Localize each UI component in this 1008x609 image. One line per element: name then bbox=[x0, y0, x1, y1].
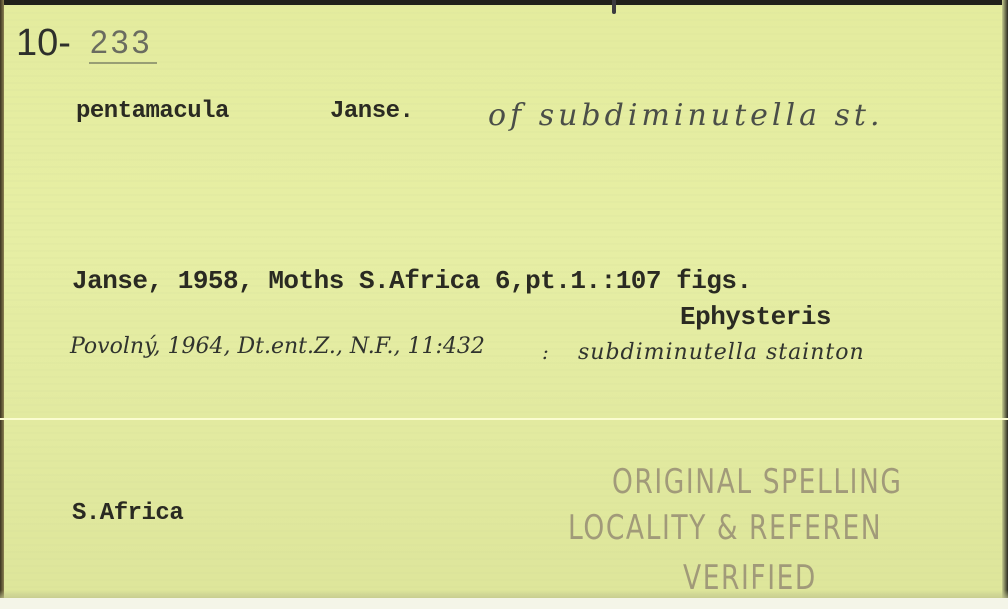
index-card: 10- 233 pentamacula Janse. of subdiminut… bbox=[0, 0, 1008, 609]
card-right-edge bbox=[1002, 0, 1008, 609]
catalog-number-prefix: 10- bbox=[16, 22, 71, 65]
stamp-line-locality-reference: LOCALITY & REFEREN bbox=[568, 508, 882, 548]
locality: S.Africa bbox=[72, 500, 183, 527]
reference-citation: Janse, 1958, Moths S.Africa 6,pt.1.:107 … bbox=[72, 266, 752, 296]
genus-name: Ephysteris bbox=[680, 302, 831, 332]
stamp-line-original-spelling: ORIGINAL SPELLING bbox=[612, 462, 903, 502]
top-pencil-mark bbox=[612, 0, 616, 14]
catalog-number-suffix: 233 bbox=[90, 24, 152, 61]
card-top-edge bbox=[0, 0, 1008, 5]
card-left-edge bbox=[0, 0, 4, 609]
species-name: pentamacula bbox=[76, 98, 229, 125]
card-bottom-edge bbox=[0, 598, 1008, 609]
handwritten-separator: : bbox=[542, 340, 549, 364]
card-bottom-shadow bbox=[0, 590, 1008, 598]
handwritten-reference: Povolný, 1964, Dt.ent.Z., N.F., 11:432 bbox=[70, 334, 485, 359]
catalog-number-underline bbox=[89, 62, 157, 64]
synonym-note: of subdiminutella st. bbox=[488, 98, 884, 133]
card-fold-line bbox=[0, 418, 1008, 420]
handwritten-synonym: subdiminutella stainton bbox=[578, 340, 865, 365]
species-author: Janse. bbox=[330, 98, 413, 125]
